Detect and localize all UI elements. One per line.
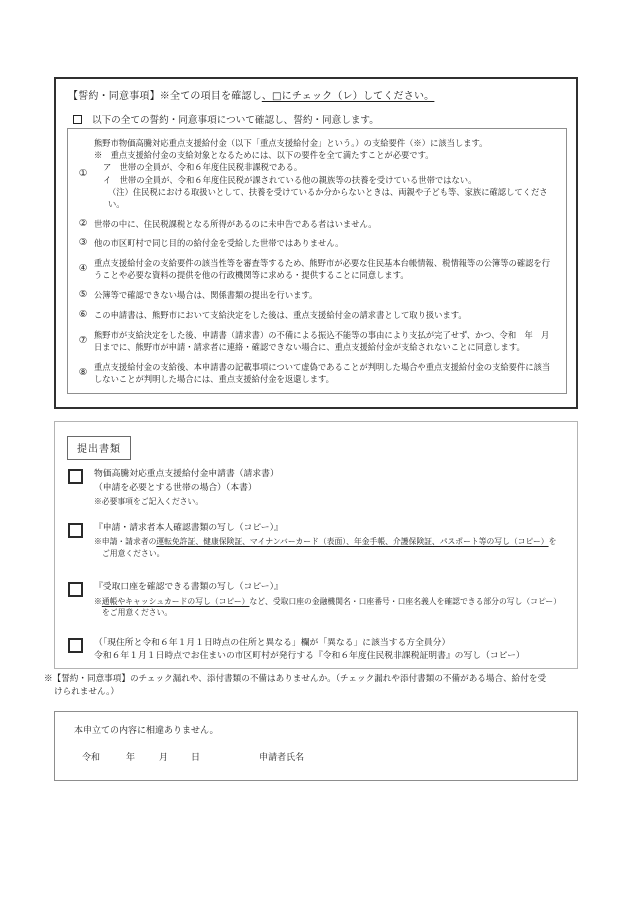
document-item-1-line-2: （申請を必要とする世帯の場合）（本書） [94, 482, 563, 496]
pledge-item-1-text: 熊野市物価高騰対応重点支援給付金（以下「重点支援給付金」という。）の支給要件（※… [94, 137, 558, 210]
pledge-master-checkbox[interactable] [73, 115, 82, 124]
document-item-3-title: 『受取口座を確認できる書類の写し（コピー）』 [94, 581, 563, 595]
check-reminder-note: ※【誓約・同意事項】のチェック漏れや、添付書類の不備はありませんか。（チェック漏… [44, 673, 552, 698]
pledge-item-4-number: ④ [72, 263, 94, 275]
pledge-item-5-number: ⑤ [72, 289, 94, 301]
document-item-1-note: ※必要事項をご記入ください。 [94, 496, 563, 508]
declaration-statement: 本申立ての内容に相違ありません。 [74, 723, 577, 736]
document-checkbox-identity-copy[interactable] [68, 523, 83, 538]
declaration-year-label: 年 [126, 750, 135, 763]
document-item-2-title: 『申請・請求者本人確認書類の写し（コピー）』 [94, 522, 563, 536]
pledge-item-5-text: 公簿等で確認できない場合は、関係書類の提出を行います。 [94, 289, 558, 301]
document-checkbox-tax-exemption-certificate[interactable] [68, 638, 83, 653]
pledge-item-2: ② 世帯の中に、住民税課税となる所得があるのに未申告である者はいません。 [72, 218, 558, 230]
pledge-item-5: ⑤ 公簿等で確認できない場合は、関係書類の提出を行います。 [72, 289, 558, 301]
pledge-item-8-text: 重点支援給付金の支給後、本申請書の記載事項について虚偽であることが判明した場合や… [94, 361, 558, 385]
pledge-item-4-text: 重点支援給付金の支給要件の該当性等を審査等するため、熊野市が必要な住民基本台帳情… [94, 257, 558, 281]
benefit-application-form-page: 【誓約・同意事項】※全ての項目を確認し、□にチェック（レ）してください。 以下の… [0, 0, 630, 902]
document-item-1-line-1: 物価高騰対応重点支援給付金申請書（請求書） [94, 468, 563, 482]
document-item-2-note: ※申請・請求者の運転免許証、健康保険証、マイナンバーカード（表面）、年金手帳、介… [94, 536, 563, 559]
document-item-identity-copy: 『申請・請求者本人確認書類の写し（コピー）』 ※申請・請求者の運転免許証、健康保… [68, 522, 563, 560]
pledge-item-7-text: 熊野市が支給決定をした後、申請書（請求書）の不備による振込不能等の事由により支払… [94, 329, 558, 353]
declaration-applicant-name-label: 申請者氏名 [259, 750, 304, 763]
pledge-item-1: ① 熊野市物価高騰対応重点支援給付金（以下「重点支援給付金」という。）の支給要件… [72, 137, 558, 210]
pledge-item-6-text: この申請書は、熊野市において支給決定をした後は、重点支援給付金の請求書として取り… [94, 309, 558, 321]
pledge-agreement-section: 【誓約・同意事項】※全ての項目を確認し、□にチェック（レ）してください。 以下の… [54, 77, 578, 409]
declaration-section: 本申立ての内容に相違ありません。 令和 年 月 日 申請者氏名 [54, 711, 578, 781]
pledge-item-1-line-5: （注）住民税における取扱いとして、扶養を受けているか分からないときは、両親や子ど… [94, 186, 558, 210]
document-checkbox-bank-account-copy[interactable] [68, 582, 83, 597]
declaration-day-label: 日 [191, 750, 200, 763]
pledge-item-2-text: 世帯の中に、住民税課税となる所得があるのに未申告である者はいません。 [94, 218, 558, 230]
pledge-item-7-number: ⑦ [72, 335, 94, 347]
pledge-item-6: ⑥ この申請書は、熊野市において支給決定をした後は、重点支援給付金の請求書として… [72, 309, 558, 321]
document-item-3-note: ※通帳やキャッシュカードの写し（コピー）など、受取口座の金融機関名・口座番号・口… [94, 596, 563, 619]
pledge-title-plain: 【誓約・同意事項】※全ての項目を確認し [68, 91, 262, 102]
submission-documents-section: 提出書類 物価高騰対応重点支援給付金申請書（請求書） （申請を必要とする世帯の場… [54, 421, 578, 669]
document-item-bank-account-copy: 『受取口座を確認できる書類の写し（コピー）』 ※通帳やキャッシュカードの写し（コ… [68, 581, 563, 619]
document-item-4-line-2: 令和６年１月１日時点でお住まいの市区町村が発行する『令和６年度住民税非課税証明書… [94, 650, 563, 664]
document-item-2-note-underlined: 運転免許証、健康保険証、マイナンバーカード（表面）、年金手帳、介護保険証、パスポ… [156, 537, 548, 546]
pledge-master-row: 以下の全ての誓約・同意事項について確認し、誓約・同意します。 [73, 112, 576, 126]
declaration-month-label: 月 [159, 750, 168, 763]
pledge-item-8: ⑧ 重点支援給付金の支給後、本申請書の記載事項について虚偽であることが判明した場… [72, 361, 558, 385]
pledge-item-1-line-1: 熊野市物価高騰対応重点支援給付金（以下「重点支援給付金」という。）の支給要件（※… [94, 137, 558, 149]
document-item-3-note-underlined: 通帳やキャッシュカードの写し（コピー） [102, 597, 250, 606]
document-item-3-note-prefix: ※ [94, 597, 102, 606]
pledge-item-1-line-3: ア 世帯の全員が、令和６年度住民税非課税である。 [94, 161, 558, 173]
document-item-2-text: 『申請・請求者本人確認書類の写し（コピー）』 ※申請・請求者の運転免許証、健康保… [94, 522, 563, 560]
document-item-4-text: （「現住所と令和６年１月１日時点の住所と異なる」欄が「異なる」に該当する方全員分… [94, 637, 563, 664]
pledge-title-underlined: 、□にチェック（レ）してください。 [262, 91, 435, 102]
pledge-item-3-text: 他の市区町村で同じ目的の給付金を受給した世帯ではありません。 [94, 237, 558, 249]
document-item-2-note-prefix: ※申請・請求者の [94, 537, 156, 546]
document-checkbox-application-form[interactable] [68, 469, 83, 484]
pledge-item-2-number: ② [72, 218, 94, 230]
pledge-item-6-number: ⑥ [72, 309, 94, 321]
pledge-section-title: 【誓約・同意事項】※全ての項目を確認し、□にチェック（レ）してください。 [68, 87, 576, 102]
document-item-3-text: 『受取口座を確認できる書類の写し（コピー）』 ※通帳やキャッシュカードの写し（コ… [94, 581, 563, 619]
declaration-date-row: 令和 年 月 日 申請者氏名 [82, 750, 577, 763]
pledge-item-4: ④ 重点支援給付金の支給要件の該当性等を審査等するため、熊野市が必要な住民基本台… [72, 257, 558, 281]
pledge-item-1-line-2: ※ 重点支援給付金の支給対象となるためには、以下の要件を全て満たすことが必要です… [94, 149, 558, 161]
document-item-4-line-1: （「現住所と令和６年１月１日時点の住所と異なる」欄が「異なる」に該当する方全員分… [94, 637, 563, 651]
submission-documents-label: 提出書類 [67, 436, 131, 460]
pledge-items-box: ① 熊野市物価高騰対応重点支援給付金（以下「重点支援給付金」という。）の支給要件… [67, 128, 567, 394]
pledge-item-3-number: ③ [72, 237, 94, 249]
pledge-item-3: ③ 他の市区町村で同じ目的の給付金を受給した世帯ではありません。 [72, 237, 558, 249]
pledge-master-label: 以下の全ての誓約・同意事項について確認し、誓約・同意します。 [92, 112, 379, 126]
declaration-era-label: 令和 [82, 750, 100, 763]
pledge-item-7: ⑦ 熊野市が支給決定をした後、申請書（請求書）の不備による振込不能等の事由により… [72, 329, 558, 353]
document-item-application-form: 物価高騰対応重点支援給付金申請書（請求書） （申請を必要とする世帯の場合）（本書… [68, 468, 563, 508]
pledge-item-1-number: ① [72, 168, 94, 180]
document-item-tax-exemption-certificate: （「現住所と令和６年１月１日時点の住所と異なる」欄が「異なる」に該当する方全員分… [68, 637, 563, 664]
pledge-item-8-number: ⑧ [72, 367, 94, 379]
pledge-item-1-line-4: イ 世帯の全員が、令和６年度住民税が課されている他の親族等の扶養を受けている世帯… [94, 174, 558, 186]
document-item-1-text: 物価高騰対応重点支援給付金申請書（請求書） （申請を必要とする世帯の場合）（本書… [94, 468, 563, 508]
